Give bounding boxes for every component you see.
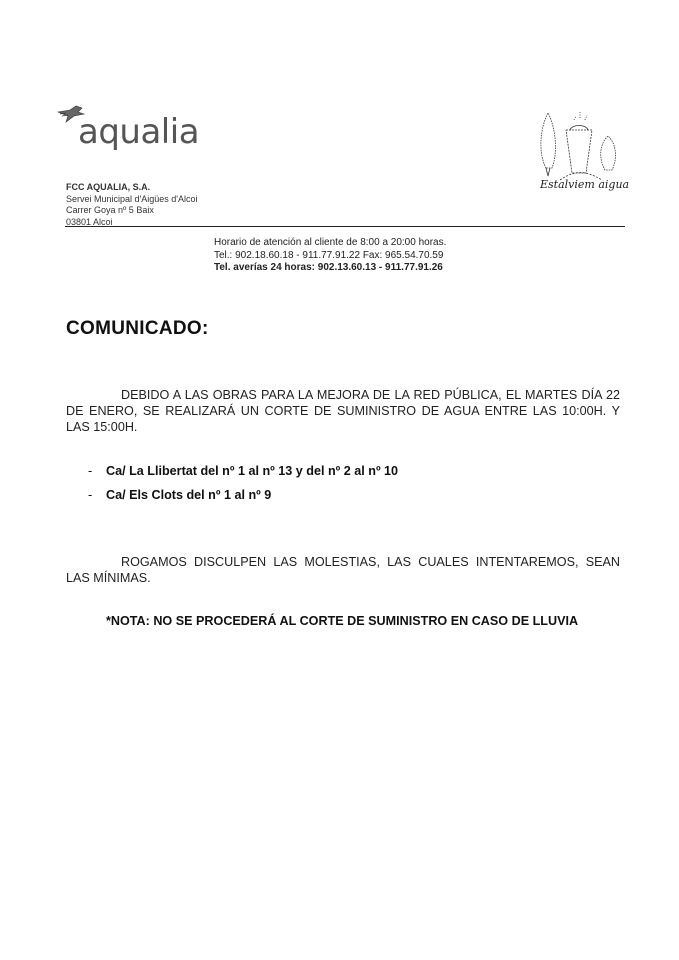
office-hours: Horario de atención al cliente de 8:00 a… [214,237,446,250]
contact-info: Horario de atención al cliente de 8:00 a… [214,237,446,275]
company-address: FCC AQUALIA, S.A. Servei Municipal d'Aig… [66,182,198,228]
notice-paragraph: DEBIDO A LAS OBRAS PARA LA MEJORA DE LA … [66,387,620,435]
list-marker: - [88,464,106,488]
apology-paragraph: ROGAMOS DISCULPEN LAS MOLESTIAS, LAS CUA… [66,554,620,586]
street-text: Ca/ La Llibertat del nº 1 al nº 13 y del… [106,464,398,488]
fountain-trees-icon: Estalviem aigua [530,98,630,192]
apology-text: ROGAMOS DISCULPEN LAS MOLESTIAS, LAS CUA… [66,555,620,585]
company-name: FCC AQUALIA, S.A. [66,182,198,194]
list-item: - Ca/ La Llibertat del nº 1 al nº 13 y d… [88,464,398,488]
street-text: Ca/ Els Clots del nº 1 al nº 9 [106,488,271,512]
logo-text: aqualia [78,112,199,152]
emblem-caption: Estalviem aigua [539,178,629,191]
emergency-phones: Tel. averías 24 horas: 902.13.60.13 - 91… [214,262,446,275]
address-line: Carrer Goya nº 5 Baix [66,205,198,217]
address-line: Servei Municipal d'Aigües d'Alcoi [66,194,198,206]
rain-note: *NOTA: NO SE PROCEDERÁ AL CORTE DE SUMIN… [106,614,578,628]
notice-text: DEBIDO A LAS OBRAS PARA LA MEJORA DE LA … [66,388,620,434]
aqualia-logo: aqualia [56,104,196,150]
header-divider [65,226,625,227]
list-item: - Ca/ Els Clots del nº 1 al nº 9 [88,488,398,512]
list-marker: - [88,488,106,512]
affected-streets-list: - Ca/ La Llibertat del nº 1 al nº 13 y d… [88,464,398,512]
phone-fax: Tel.: 902.18.60.18 - 911.77.91.22 Fax: 9… [214,250,446,263]
page-title: COMUNICADO: [66,318,209,340]
water-saving-emblem: Estalviem aigua [530,98,630,192]
